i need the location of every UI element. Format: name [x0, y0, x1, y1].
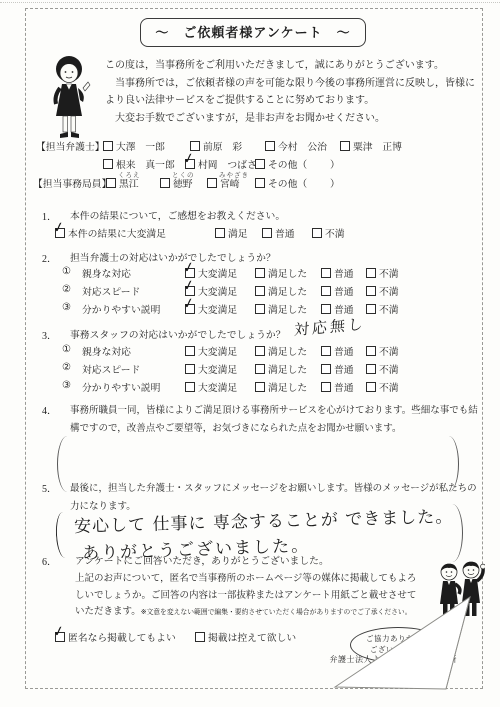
checkbox[interactable]	[366, 268, 376, 278]
checkbox[interactable]	[255, 286, 265, 296]
option-label: 大変満足	[198, 383, 237, 394]
intro-line: 当事務所では，ご依頼者様の声を可能な限り今後の事務所運営に反映し，皆様に	[105, 75, 475, 93]
q2-row-2: ② 対応スピード 大変満足 満足した 普通 不満	[0, 284, 456, 300]
two-lawyers-illustration	[437, 560, 485, 628]
option-label: 大変満足	[198, 305, 237, 316]
option-label: 大変満足	[198, 287, 237, 298]
q6-footnote: ※文意を変えない範囲で編集・要約させていただく場合がありますのでご了承ください。	[141, 609, 412, 616]
checkbox[interactable]	[340, 141, 350, 151]
furigana: とくの	[172, 170, 195, 179]
option-label: 不満	[325, 229, 345, 240]
rating-option[interactable]: 不満	[366, 362, 399, 376]
checkbox[interactable]	[55, 228, 65, 238]
staff-option[interactable]: 徳野とくの	[160, 176, 193, 190]
attorney-option[interactable]: 根来 真一郎	[103, 157, 175, 171]
option-label: 満足した	[268, 383, 307, 394]
checkbox[interactable]	[366, 286, 376, 296]
option-label: 掲載は控えて欲しい	[208, 633, 296, 644]
form-title: ～ ご依頼者様アンケート ～	[140, 18, 366, 47]
checkbox[interactable]	[106, 178, 116, 188]
checkbox[interactable]	[103, 159, 113, 169]
row-number: ①	[62, 266, 71, 277]
checkbox[interactable]	[321, 268, 331, 278]
close-paren: ）	[330, 157, 340, 171]
option-label: 不満	[379, 347, 399, 358]
option-label: 不満	[379, 305, 399, 316]
checkbox[interactable]	[255, 364, 265, 374]
q1-option[interactable]: 不満	[312, 226, 345, 240]
attorney-name: 前原 彩	[203, 142, 242, 153]
checkbox[interactable]	[207, 178, 217, 188]
checkbox[interactable]	[262, 228, 272, 238]
row-label: 対応スピード	[82, 362, 140, 376]
rating-option[interactable]: 満足した	[255, 284, 307, 298]
row-label: 分かりやすい説明	[82, 302, 160, 316]
option-label: 満足した	[268, 269, 307, 280]
checkbox[interactable]	[185, 159, 195, 169]
checkbox[interactable]	[255, 159, 265, 169]
publish-option-anonymous[interactable]: 匿名なら掲載してもよい	[55, 630, 176, 644]
checkbox[interactable]	[366, 382, 376, 392]
rating-option[interactable]: 普通	[321, 284, 354, 298]
q2-row-3: ③ 分かりやすい説明 大変満足 満足した 普通 不満	[0, 302, 456, 318]
checkbox[interactable]	[321, 286, 331, 296]
attorney-option[interactable]: 大澤 一郎	[103, 139, 165, 153]
staff-row: 【担当事務局員】 黒江くろえ 徳野とくの 宮崎みやざき その他（ ）	[0, 176, 456, 192]
option-label: 匿名なら掲載してもよい	[68, 633, 176, 644]
attorney-option[interactable]: 粟津 正博	[340, 139, 402, 153]
option-label: 不満	[379, 383, 399, 394]
rating-option[interactable]: 大変満足	[185, 380, 237, 394]
checkbox[interactable]	[265, 141, 275, 151]
rating-option[interactable]: 不満	[366, 284, 399, 298]
rating-option[interactable]: 満足した	[255, 302, 307, 316]
row-number: ③	[62, 302, 71, 313]
rating-option[interactable]: 普通	[321, 344, 354, 358]
option-label: 満足	[228, 229, 248, 240]
receptionist-woman-illustration	[42, 54, 106, 144]
attorney-option[interactable]: 前原 彩	[190, 139, 242, 153]
attorney-option-other[interactable]: その他（	[255, 157, 307, 171]
option-label: 普通	[334, 383, 354, 394]
publish-option-decline[interactable]: 掲載は控えて欲しい	[195, 630, 296, 644]
option-label: 普通	[275, 229, 295, 240]
q4-number: 4．	[42, 402, 57, 417]
row-number: ②	[62, 284, 71, 295]
q1-option[interactable]: 普通	[262, 226, 295, 240]
option-label: 普通	[334, 287, 354, 298]
law-firm-name: 弁護士法人よつば総合法律事務所	[299, 654, 457, 665]
checkbox[interactable]	[321, 346, 331, 356]
staff-label: 【担当事務局員】	[33, 176, 111, 190]
staff-name: その他（	[268, 179, 307, 190]
row-label: 分かりやすい説明	[82, 380, 160, 394]
q1-option[interactable]: 本件の結果に大変満足	[55, 226, 166, 240]
attorney-option[interactable]: 村岡 つばさ	[185, 157, 257, 171]
staff-option-other[interactable]: その他（	[255, 176, 307, 190]
checkbox[interactable]	[55, 632, 65, 642]
q2-text: 担当弁護士の対応はいかがでしたでしょうか？	[70, 250, 276, 264]
q3-row-1: ① 親身な対応 大変満足 満足した 普通 不満	[0, 344, 456, 360]
q6-line: しいでしょうか。ご回答の内容は一部抜粋またはアンケート用紙ごと載せさせて	[75, 588, 416, 605]
q6-line1: アンケートにご回答いただき，ありがとうございました。	[75, 553, 329, 567]
checkbox[interactable]	[185, 304, 195, 314]
checkbox[interactable]	[255, 304, 265, 314]
q1-options: 本件の結果に大変満足 満足 普通 不満	[0, 226, 456, 242]
checkbox[interactable]	[255, 178, 265, 188]
checkbox[interactable]	[255, 346, 265, 356]
row-number: ①	[62, 344, 71, 355]
q3-row-3: ③ 分かりやすい説明 大変満足 満足した 普通 不満	[0, 380, 456, 396]
close-paren: ）	[330, 176, 340, 190]
checkbox[interactable]	[312, 228, 322, 238]
intro-line: この度は，当事務所をご利用いただきまして，誠にありがとうございます。	[105, 57, 475, 75]
q6-number: 6．	[42, 553, 57, 568]
rating-option[interactable]: 大変満足	[185, 344, 237, 358]
staff-name: 黒江	[119, 179, 139, 190]
checkbox[interactable]	[160, 178, 170, 188]
q6-line: 上記のお声について，匿名で当事務所のホームページ等の媒体に掲載してもよろ	[75, 571, 416, 588]
answer-area-open-paren	[57, 436, 70, 492]
checkbox[interactable]	[195, 632, 205, 642]
attorney-option[interactable]: 今村 公治	[265, 139, 327, 153]
option-label: 満足した	[268, 347, 307, 358]
q4-text: 事務所職員一同，皆様によりご満足頂ける事務所サービスを心がけております。些細な事…	[70, 402, 478, 438]
checkbox[interactable]	[215, 228, 225, 238]
staff-option[interactable]: 黒江くろえ	[106, 176, 139, 190]
q6-line-with-note: いただきます。※文意を変えない範囲で編集・要約させていただく場合がありますのでご…	[75, 604, 416, 622]
option-label: 大変満足	[198, 269, 237, 280]
rating-option[interactable]: 普通	[321, 266, 354, 280]
intro-paragraph: この度は，当事務所をご利用いただきまして，誠にありがとうございます。 当事務所で…	[105, 57, 475, 127]
option-label: 普通	[334, 347, 354, 358]
q1-text: 本件の結果について，ご感想をお教えください。	[70, 208, 285, 222]
rating-option[interactable]: 不満	[366, 302, 399, 316]
attorneys-label: 【担当弁護士】	[36, 139, 105, 153]
option-label: 満足した	[268, 287, 307, 298]
q4-line: 構ですので，改善点やご要望等，お気づきになられた点をお聞かせ願います。	[70, 420, 478, 438]
row-number: ②	[62, 362, 71, 373]
q3-text: 事務スタッフの対応はいかがでしたでしょうか？	[70, 327, 286, 341]
checkbox[interactable]	[103, 141, 113, 151]
option-label: 大変満足	[198, 365, 237, 376]
row-label: 親身な対応	[82, 344, 131, 358]
row-label: 対応スピード	[82, 284, 140, 298]
q5-line: 最後に，担当した弁護士・スタッフにメッセージをお願いします。皆様のメッセージが私…	[70, 480, 477, 498]
rating-option[interactable]: 不満	[366, 380, 399, 394]
rating-option[interactable]: 不満	[366, 266, 399, 280]
rating-option[interactable]: 大変満足	[185, 362, 237, 376]
q3-row-2: ② 対応スピード 大変満足 満足した 普通 不満	[0, 362, 456, 378]
checkbox[interactable]	[185, 382, 195, 392]
scan-edge-line	[0, 2, 500, 3]
checkbox[interactable]	[321, 304, 331, 314]
q5-number: 5．	[42, 480, 57, 495]
checkbox[interactable]	[366, 364, 376, 374]
furigana: みやざき	[219, 170, 249, 179]
checkbox[interactable]	[321, 382, 331, 392]
option-label: 満足した	[268, 305, 307, 316]
bubble-text: ご協力ありがとう	[366, 634, 430, 645]
q6-body: 上記のお声について，匿名で当事務所のホームページ等の媒体に掲載してもよろ しいで…	[75, 571, 416, 622]
intro-line: 大変お手数でございますが，是非お声をお聞かせください。	[105, 110, 475, 128]
rating-option[interactable]: 普通	[321, 380, 354, 394]
q2-number: 2．	[42, 250, 57, 265]
checkbox[interactable]	[255, 268, 265, 278]
option-label: 不満	[379, 365, 399, 376]
staff-name: 宮崎	[220, 179, 240, 190]
attorney-name: その他（	[268, 160, 307, 171]
option-label: 大変満足	[198, 347, 237, 358]
q1-option[interactable]: 満足	[215, 226, 248, 240]
attorney-name: 粟津 正博	[353, 142, 402, 153]
staff-option[interactable]: 宮崎みやざき	[207, 176, 240, 190]
checkbox[interactable]	[255, 382, 265, 392]
option-label: 普通	[334, 269, 354, 280]
attorney-row-1: 【担当弁護士】 大澤 一郎 前原 彩 今村 公治 粟津 正博	[0, 139, 456, 155]
q2-row-1: ① 親身な対応 大変満足 満足した 普通 不満	[0, 266, 456, 282]
intro-line: より良い法律サービスをご提供することに努めております。	[105, 92, 475, 110]
option-label: 不満	[379, 269, 399, 280]
rating-option[interactable]: 普通	[321, 362, 354, 376]
option-label: 満足した	[268, 365, 307, 376]
rating-option[interactable]: 大変満足	[185, 302, 237, 316]
checkbox[interactable]	[185, 364, 195, 374]
furigana: くろえ	[118, 170, 141, 179]
rating-option[interactable]: 満足した	[255, 266, 307, 280]
q3-number: 3．	[42, 327, 57, 342]
row-number: ③	[62, 380, 71, 391]
rating-option[interactable]: 不満	[366, 344, 399, 358]
rating-option[interactable]: 満足した	[255, 380, 307, 394]
checkbox[interactable]	[185, 346, 195, 356]
q6-line: いただきます。	[75, 607, 141, 617]
row-label: 親身な対応	[82, 266, 131, 280]
option-label: 不満	[379, 287, 399, 298]
q4-line: 事務所職員一同，皆様によりご満足頂ける事務所サービスを心がけております。些細な事…	[70, 402, 478, 420]
staff-name: 徳野	[173, 179, 193, 190]
checkbox[interactable]	[366, 346, 376, 356]
checkbox[interactable]	[321, 364, 331, 374]
checkbox[interactable]	[366, 304, 376, 314]
attorney-name: 大澤 一郎	[116, 142, 165, 153]
attorney-name: 今村 公治	[278, 142, 327, 153]
rating-option[interactable]: 満足した	[255, 344, 307, 358]
option-label: 本件の結果に大変満足	[68, 229, 166, 240]
rating-option[interactable]: 満足した	[255, 362, 307, 376]
option-label: 普通	[334, 365, 354, 376]
